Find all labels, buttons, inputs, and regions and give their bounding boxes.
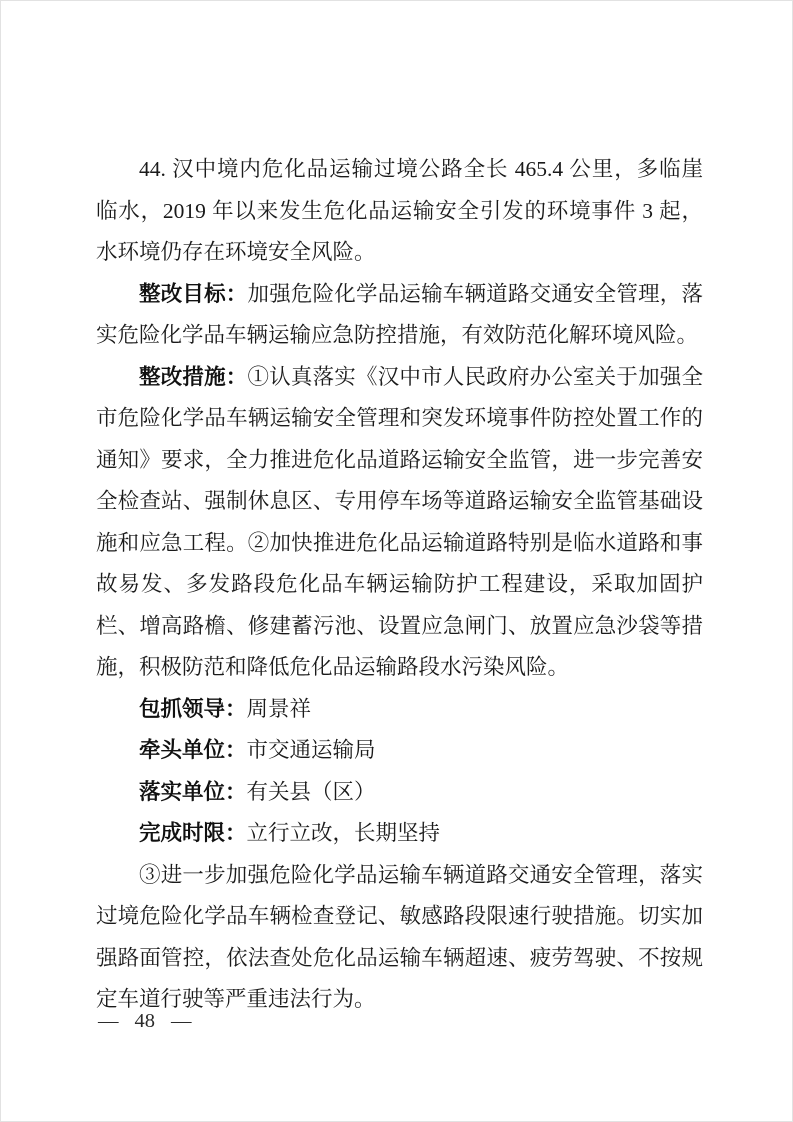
responsible-leader-value: 周景祥 <box>247 697 312 721</box>
rectification-measures-label: 整改措施： <box>139 365 248 389</box>
paragraph-problem-statement: 44. 汉中境内危化品运输过境公路全长 465.4 公里，多临崖临水，2019 … <box>96 149 703 274</box>
paragraph-rectification-goal: 整改目标：加强危险化学品运输车辆道路交通安全管理，落实危险化学品车辆运输应急防控… <box>96 274 703 357</box>
page-number: 48 <box>135 1007 156 1035</box>
rectification-measures-text: ①认真落实《汉中市人民政府办公室关于加强全市危险化学品车辆运输安全管理和突发环境… <box>96 365 703 680</box>
lead-unit-value: 市交通运输局 <box>247 738 376 762</box>
document-page: 44. 汉中境内危化品运输过境公路全长 465.4 公里，多临崖临水，2019 … <box>0 0 793 1122</box>
lead-unit-label: 牵头单位： <box>139 738 247 762</box>
completion-deadline-label: 完成时限： <box>139 821 247 845</box>
rectification-goal-label: 整改目标： <box>139 282 248 306</box>
implementing-unit-label: 落实单位： <box>139 780 247 804</box>
paragraph-measure-three: ③进一步加强危险化学品运输车辆道路交通安全管理，落实过境危险化学品车辆检查登记、… <box>96 855 703 1021</box>
document-content: 44. 汉中境内危化品运输过境公路全长 465.4 公里，多临崖临水，2019 … <box>96 149 703 1021</box>
implementing-unit-value: 有关县（区） <box>247 780 376 804</box>
item-lead-unit: 牵头单位：市交通运输局 <box>96 730 703 772</box>
item-completion-deadline: 完成时限：立行立改，长期坚持 <box>96 813 703 855</box>
page-footer: — 48 — <box>98 1007 192 1035</box>
footer-dash-right: — <box>171 1007 192 1035</box>
footer-dash-left: — <box>98 1007 119 1035</box>
item-responsible-leader: 包抓领导：周景祥 <box>96 689 703 731</box>
paragraph-rectification-measures: 整改措施：①认真落实《汉中市人民政府办公室关于加强全市危险化学品车辆运输安全管理… <box>96 357 703 689</box>
item-implementing-unit: 落实单位：有关县（区） <box>96 772 703 814</box>
completion-deadline-value: 立行立改，长期坚持 <box>247 821 441 845</box>
responsible-leader-label: 包抓领导： <box>139 697 247 721</box>
